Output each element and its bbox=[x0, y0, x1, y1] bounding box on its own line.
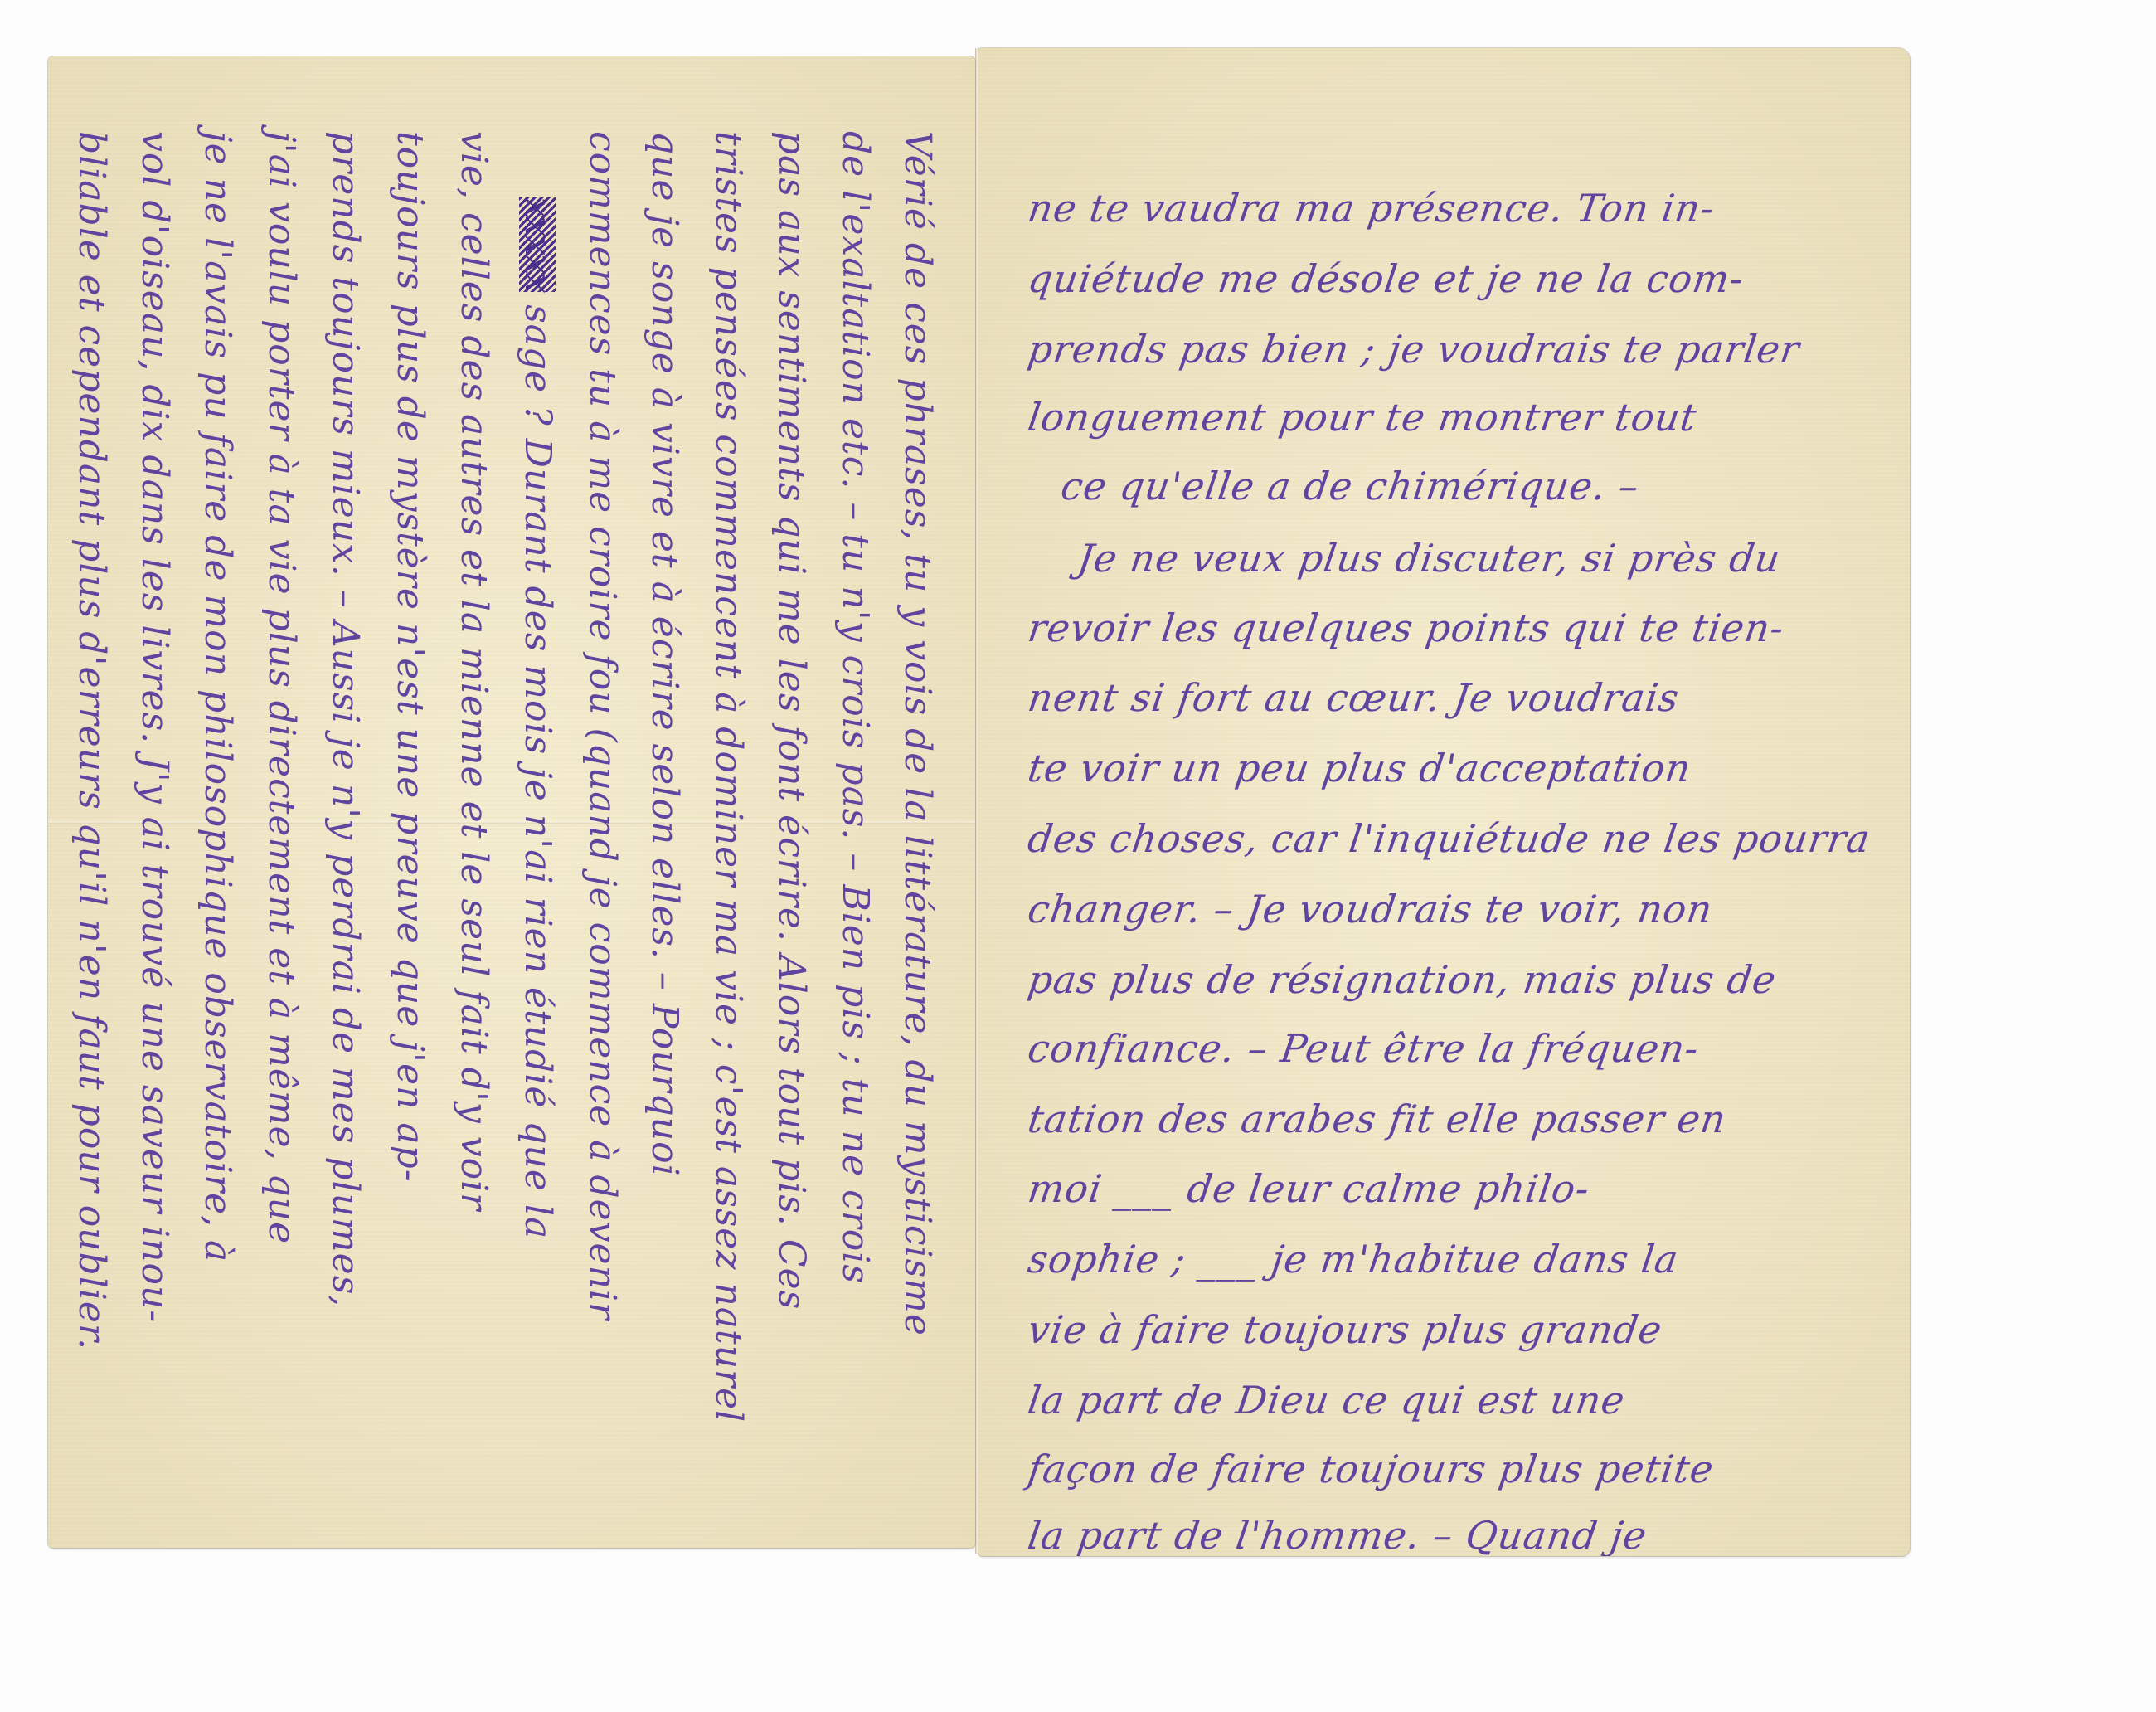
left-column-12: je ne l'avais pu faire de mon philosophi… bbox=[199, 131, 236, 1262]
left-column-2: de l'exaltation etc. – tu n'y crois pas.… bbox=[837, 131, 873, 1284]
right-line-1: ne te vaudra ma présence. Ton in- bbox=[1026, 189, 1717, 227]
right-line-16: sophie ; ___ je m'habitue dans la bbox=[1026, 1240, 1682, 1278]
right-line-4: longuement pour te montrer tout bbox=[1026, 398, 1700, 436]
left-column-4: tristes pensées commencent à dominer ma … bbox=[710, 131, 746, 1423]
right-line-3: prends pas bien ; je voudrais te parler bbox=[1026, 330, 1803, 368]
left-column-3: pas aux sentiments qui me les font écrir… bbox=[773, 131, 809, 1310]
right-line-11: changer. – Je voudrais te voir, non bbox=[1026, 890, 1716, 928]
left-column-7: xxxxx sage ? Durant des mois je n'ai rie… bbox=[519, 197, 556, 1239]
right-line-20: la part de l'homme. – Quand je bbox=[1026, 1516, 1649, 1554]
right-line-13: confiance. – Peut être la fréquen- bbox=[1026, 1029, 1702, 1068]
left-column-6: commences tu à me croire fou (quand je c… bbox=[584, 131, 620, 1320]
left-letter-page: Vérié de ces phrases, tu y vois de la li… bbox=[48, 56, 975, 1548]
left-column-10: prends toujours mieux. – Aussi je n'y pe… bbox=[327, 131, 363, 1307]
right-line-15: moi ___ de leur calme philo- bbox=[1026, 1170, 1592, 1208]
right-line-6: Je ne veux plus discuter, si près du bbox=[1076, 539, 1784, 577]
crossed-out-word: xxxxx bbox=[519, 197, 556, 292]
left-column-7-text: sage ? Durant des mois je n'ai rien étud… bbox=[517, 304, 559, 1239]
right-line-10: des choses, car l'inquiétude ne les pour… bbox=[1026, 820, 1873, 858]
left-column-11: j'ai voulu porter à ta vie plus directem… bbox=[263, 131, 299, 1244]
right-line-19: façon de faire toujours plus petite bbox=[1026, 1450, 1717, 1488]
right-letter-page: ne te vaudra ma présence. Ton in- quiétu… bbox=[978, 48, 1910, 1556]
right-line-2: quiétude me désole et je ne la com- bbox=[1026, 260, 1746, 298]
right-line-7: revoir les quelques points qui te tien- bbox=[1026, 609, 1787, 647]
right-line-12: pas plus de résignation, mais plus de bbox=[1026, 961, 1779, 999]
left-column-14: bliable et cependant plus d'erreurs qu'i… bbox=[73, 131, 109, 1350]
left-column-13: vol d'oiseau, dix dans les livres. J'y a… bbox=[136, 131, 172, 1323]
right-line-9: te voir un peu plus d'acceptation bbox=[1026, 749, 1694, 787]
right-line-17: vie à faire toujours plus grande bbox=[1026, 1311, 1665, 1349]
right-line-18: la part de Dieu ce qui est une bbox=[1026, 1381, 1628, 1419]
left-column-5: que je songe à vivre et à écrire selon e… bbox=[646, 131, 682, 1177]
left-column-8: vie, celles des autres et la mienne et l… bbox=[455, 131, 492, 1211]
right-line-14: tation des arabes fit elle passer en bbox=[1026, 1100, 1729, 1138]
left-column-9: toujours plus de mystère n'est une preuv… bbox=[391, 131, 428, 1183]
right-line-5: ce qu'elle a de chimérique. – bbox=[1059, 467, 1642, 505]
right-line-8: nent si fort au cœur. Je voudrais bbox=[1026, 678, 1682, 717]
left-column-1: Vérié de ces phrases, tu y vois de la li… bbox=[899, 131, 935, 1336]
